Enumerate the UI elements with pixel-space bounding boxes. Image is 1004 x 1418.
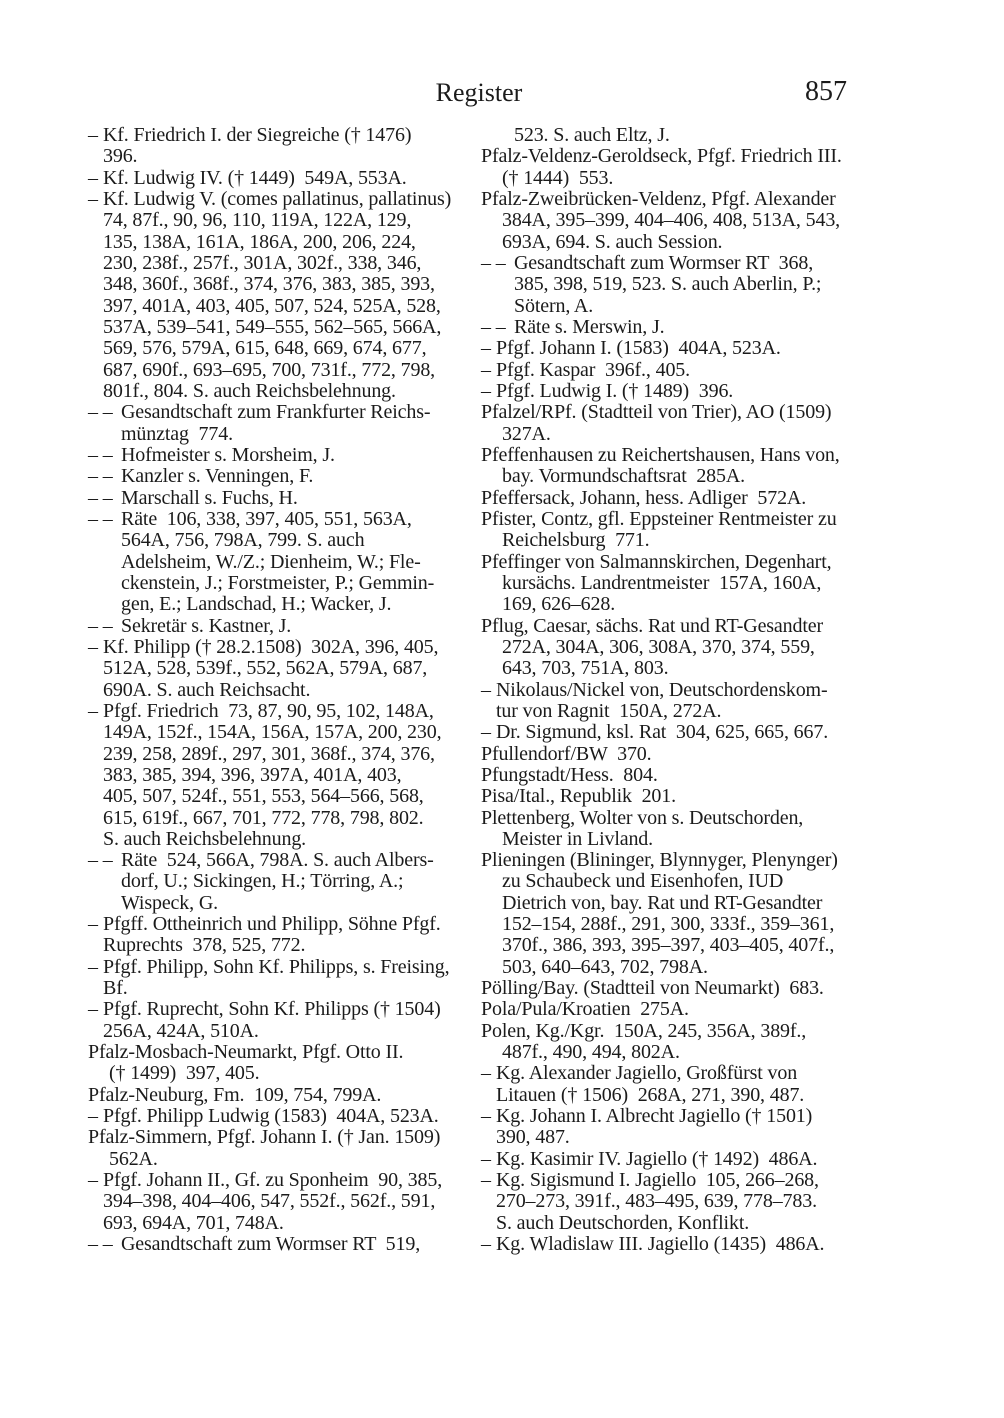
book-page: Register 857 –Kf. Friedrich I. der Siegr… (0, 0, 1004, 1418)
entry-text: Pfeffenhausen zu Reichertshausen, Hans v… (481, 445, 840, 488)
index-entry: Pfullendorf/BW 370. (481, 744, 891, 765)
entry-dash-prefix: – (481, 722, 496, 743)
index-entry: –Kg. Kasimir IV. Jagiello († 1492) 486A. (481, 1149, 891, 1170)
index-entry: Pfalz-Zweibrücken-Veldenz, Pfgf. Alexand… (481, 189, 891, 253)
entry-text: Nikolaus/Nickel von, Deutschordenskom- t… (496, 680, 827, 723)
entry-text: Kg. Sigismund I. Jagiello 105, 266–268, … (496, 1170, 819, 1234)
entry-text: Pfalz-Simmern, Pfgf. Johann I. († Jan. 1… (88, 1127, 440, 1170)
entry-dash-prefix: – (88, 125, 103, 168)
entry-dash-prefix: – (88, 168, 103, 189)
index-entry: Plieningen (Blininger, Blynnyger, Plenyn… (481, 850, 891, 978)
entry-text: Kf. Ludwig IV. († 1449) 549A, 553A. (103, 168, 407, 189)
entry-text: Pölling/Bay. (Stadtteil von Neumarkt) 68… (481, 978, 824, 999)
index-entry: –Kf. Ludwig V. (comes pallatinus, pallat… (88, 189, 481, 402)
index-entry: – –Gesandtschaft zum Wormser RT 519, (88, 1234, 481, 1255)
entry-text: Pfgf. Philipp Ludwig (1583) 404A, 523A. (103, 1106, 439, 1127)
index-entry: –Kg. Johann I. Albrecht Jagiello († 1501… (481, 1106, 891, 1149)
entry-dash-prefix: – – (88, 850, 121, 914)
entry-dash-prefix: – (88, 957, 103, 1000)
entry-text: Pflug, Caesar, sächs. Rat und RT-Gesandt… (481, 616, 823, 680)
entry-dash-prefix: – – (481, 317, 514, 338)
entry-text: Sekretär s. Kastner, J. (121, 616, 291, 637)
entry-text: Kf. Philipp († 28.2.1508) 302A, 396, 405… (103, 637, 438, 701)
entry-dash-prefix: – (481, 1149, 496, 1170)
entry-text: Räte 106, 338, 397, 405, 551, 563A, 564A… (121, 509, 434, 616)
index-entry: Pfungstadt/Hess. 804. (481, 765, 891, 786)
entry-text: Pfgff. Ottheinrich und Philipp, Söhne Pf… (103, 914, 441, 957)
running-head-title: Register (96, 78, 862, 108)
entry-text: Kg. Johann I. Albrecht Jagiello († 1501)… (496, 1106, 812, 1149)
index-entry: Pfalz-Neuburg, Fm. 109, 754, 799A. (88, 1085, 481, 1106)
index-entry: –Pfgf. Johann I. (1583) 404A, 523A. (481, 338, 891, 359)
entry-text: Pfalz-Neuburg, Fm. 109, 754, 799A. (88, 1085, 381, 1106)
index-column-left: –Kf. Friedrich I. der Siegreiche († 1476… (88, 125, 481, 1255)
entry-text: Kf. Friedrich I. der Siegreiche († 1476)… (103, 125, 411, 168)
index-entry: – –Räte 106, 338, 397, 405, 551, 563A, 5… (88, 509, 481, 616)
index-entry: –Kf. Ludwig IV. († 1449) 549A, 553A. (88, 168, 481, 189)
entry-dash-prefix: – (88, 914, 103, 957)
index-entry: –Pfgff. Ottheinrich und Philipp, Söhne P… (88, 914, 481, 957)
index-entry: – –Räte s. Merswin, J. (481, 317, 891, 338)
index-entry: Pölling/Bay. (Stadtteil von Neumarkt) 68… (481, 978, 891, 999)
entry-text: Gesandtschaft zum Wormser RT 519, (121, 1234, 420, 1255)
index-columns: –Kf. Friedrich I. der Siegreiche († 1476… (88, 125, 891, 1255)
entry-dash-prefix: – (88, 999, 103, 1042)
page-number: 857 (805, 77, 847, 107)
entry-text: Pfalz-Veldenz-Geroldseck, Pfgf. Friedric… (481, 146, 842, 189)
entry-text: Pfalz-Zweibrücken-Veldenz, Pfgf. Alexand… (481, 189, 840, 253)
index-entry: 523. S. auch Eltz, J. (481, 125, 891, 146)
index-entry: – –Gesandtschaft zum Wormser RT 368, 385… (481, 253, 891, 317)
index-entry: Pfalz-Veldenz-Geroldseck, Pfgf. Friedric… (481, 146, 891, 189)
entry-dash-prefix: – (481, 360, 496, 381)
index-entry: – –Räte 524, 566A, 798A. S. auch Albers-… (88, 850, 481, 914)
index-entry: –Dr. Sigmund, ksl. Rat 304, 625, 665, 66… (481, 722, 891, 743)
index-entry: –Pfgf. Philipp Ludwig (1583) 404A, 523A. (88, 1106, 481, 1127)
entry-text: Plieningen (Blininger, Blynnyger, Plenyn… (481, 850, 838, 978)
entry-dash-prefix: – (481, 338, 496, 359)
entry-dash-prefix: – (481, 680, 496, 723)
entry-dash-prefix: – (88, 1106, 103, 1127)
index-entry: –Pfgf. Philipp, Sohn Kf. Philipps, s. Fr… (88, 957, 481, 1000)
entry-text: Pfeffersack, Johann, hess. Adliger 572A. (481, 488, 806, 509)
entry-dash-prefix: – (88, 637, 103, 701)
entry-dash-prefix: – (481, 1063, 496, 1106)
entry-text: Kg. Wladislaw III. Jagiello (1435) 486A. (496, 1234, 824, 1255)
entry-text: Gesandtschaft zum Frankfurter Reichs- mü… (121, 402, 430, 445)
index-entry: – –Kanzler s. Venningen, F. (88, 466, 481, 487)
entry-text: Hofmeister s. Morsheim, J. (121, 445, 335, 466)
entry-text: Pfister, Contz, gfl. Eppsteiner Rentmeis… (481, 509, 837, 552)
index-entry: Pfeffenhausen zu Reichertshausen, Hans v… (481, 445, 891, 488)
entry-text: Pfgf. Ruprecht, Sohn Kf. Philipps († 150… (103, 999, 441, 1042)
entry-text: Pfullendorf/BW 370. (481, 744, 652, 765)
entry-text: Pfgf. Kaspar 396f., 405. (496, 360, 690, 381)
entry-text: Pfgf. Friedrich 73, 87, 90, 95, 102, 148… (103, 701, 441, 850)
entry-text: Plettenberg, Wolter von s. Deutschorden,… (481, 808, 803, 851)
entry-text: Pfeffinger von Salmannskirchen, Degenhar… (481, 552, 831, 616)
entry-text: Kg. Kasimir IV. Jagiello († 1492) 486A. (496, 1149, 817, 1170)
entry-dash-prefix: – – (88, 616, 121, 637)
index-entry: Polen, Kg./Kgr. 150A, 245, 356A, 389f., … (481, 1021, 891, 1064)
entry-text: Dr. Sigmund, ksl. Rat 304, 625, 665, 667… (496, 722, 828, 743)
index-entry: Pfeffersack, Johann, hess. Adliger 572A. (481, 488, 891, 509)
entry-text: Räte s. Merswin, J. (514, 317, 664, 338)
entry-prefix-spacer (481, 125, 514, 146)
entry-dash-prefix: – (88, 1170, 103, 1234)
entry-dash-prefix: – – (88, 466, 121, 487)
index-entry: –Kf. Philipp († 28.2.1508) 302A, 396, 40… (88, 637, 481, 701)
index-entry: Pisa/Ital., Republik 201. (481, 786, 891, 807)
index-entry: Pflug, Caesar, sächs. Rat und RT-Gesandt… (481, 616, 891, 680)
entry-text: Pfgf. Johann I. (1583) 404A, 523A. (496, 338, 781, 359)
index-entry: –Pfgf. Ruprecht, Sohn Kf. Philipps († 15… (88, 999, 481, 1042)
entry-dash-prefix: – – (88, 509, 121, 616)
entry-text: Polen, Kg./Kgr. 150A, 245, 356A, 389f., … (481, 1021, 806, 1064)
entry-text: Pfgf. Philipp, Sohn Kf. Philipps, s. Fre… (103, 957, 449, 1000)
entry-text: Kg. Alexander Jagiello, Großfürst von Li… (496, 1063, 804, 1106)
entry-text: Gesandtschaft zum Wormser RT 368, 385, 3… (514, 253, 821, 317)
index-entry: – –Marschall s. Fuchs, H. (88, 488, 481, 509)
index-entry: – –Gesandtschaft zum Frankfurter Reichs-… (88, 402, 481, 445)
index-entry: Plettenberg, Wolter von s. Deutschorden,… (481, 808, 891, 851)
entry-text: Pfgf. Johann II., Gf. zu Sponheim 90, 38… (103, 1170, 442, 1234)
index-entry: –Kg. Sigismund I. Jagiello 105, 266–268,… (481, 1170, 891, 1234)
index-entry: –Pfgf. Friedrich 73, 87, 90, 95, 102, 14… (88, 701, 481, 850)
entry-text: Pfungstadt/Hess. 804. (481, 765, 658, 786)
index-entry: –Pfgf. Kaspar 396f., 405. (481, 360, 891, 381)
entry-text: Pisa/Ital., Republik 201. (481, 786, 676, 807)
entry-dash-prefix: – (481, 1170, 496, 1234)
index-entry: Pfalz-Mosbach-Neumarkt, Pfgf. Otto II. (… (88, 1042, 481, 1085)
entry-text: Räte 524, 566A, 798A. S. auch Albers- do… (121, 850, 434, 914)
entry-text: Pfalzel/RPf. (Stadtteil von Trier), AO (… (481, 402, 831, 445)
entry-text: Pfgf. Ludwig I. († 1489) 396. (496, 381, 733, 402)
index-entry: Pfeffinger von Salmannskirchen, Degenhar… (481, 552, 891, 616)
index-entry: –Kg. Alexander Jagiello, Großfürst von L… (481, 1063, 891, 1106)
index-entry: – –Hofmeister s. Morsheim, J. (88, 445, 481, 466)
index-entry: –Pfgf. Ludwig I. († 1489) 396. (481, 381, 891, 402)
index-entry: Pfalzel/RPf. (Stadtteil von Trier), AO (… (481, 402, 891, 445)
index-entry: – –Sekretär s. Kastner, J. (88, 616, 481, 637)
entry-dash-prefix: – (88, 701, 103, 850)
entry-text: Pfalz-Mosbach-Neumarkt, Pfgf. Otto II. (… (88, 1042, 403, 1085)
entry-dash-prefix: – – (88, 445, 121, 466)
entry-text: 523. S. auch Eltz, J. (514, 125, 670, 146)
entry-text: Kanzler s. Venningen, F. (121, 466, 313, 487)
index-entry: Pfalz-Simmern, Pfgf. Johann I. († Jan. 1… (88, 1127, 481, 1170)
index-entry: –Kg. Wladislaw III. Jagiello (1435) 486A… (481, 1234, 891, 1255)
index-entry: –Pfgf. Johann II., Gf. zu Sponheim 90, 3… (88, 1170, 481, 1234)
entry-dash-prefix: – (481, 381, 496, 402)
entry-dash-prefix: – – (88, 402, 121, 445)
entry-dash-prefix: – (481, 1106, 496, 1149)
entry-dash-prefix: – – (481, 253, 514, 317)
index-entry: Pola/Pula/Kroatien 275A. (481, 999, 891, 1020)
entry-dash-prefix: – – (88, 488, 121, 509)
index-column-right: 523. S. auch Eltz, J.Pfalz-Veldenz-Gerol… (481, 125, 891, 1255)
entry-text: Pola/Pula/Kroatien 275A. (481, 999, 689, 1020)
entry-dash-prefix: – (88, 189, 103, 402)
entry-text: Kf. Ludwig V. (comes pallatinus, pallati… (103, 189, 451, 402)
index-entry: –Nikolaus/Nickel von, Deutschordenskom- … (481, 680, 891, 723)
entry-dash-prefix: – – (88, 1234, 121, 1255)
index-entry: –Kf. Friedrich I. der Siegreiche († 1476… (88, 125, 481, 168)
index-entry: Pfister, Contz, gfl. Eppsteiner Rentmeis… (481, 509, 891, 552)
entry-text: Marschall s. Fuchs, H. (121, 488, 298, 509)
entry-dash-prefix: – (481, 1234, 496, 1255)
